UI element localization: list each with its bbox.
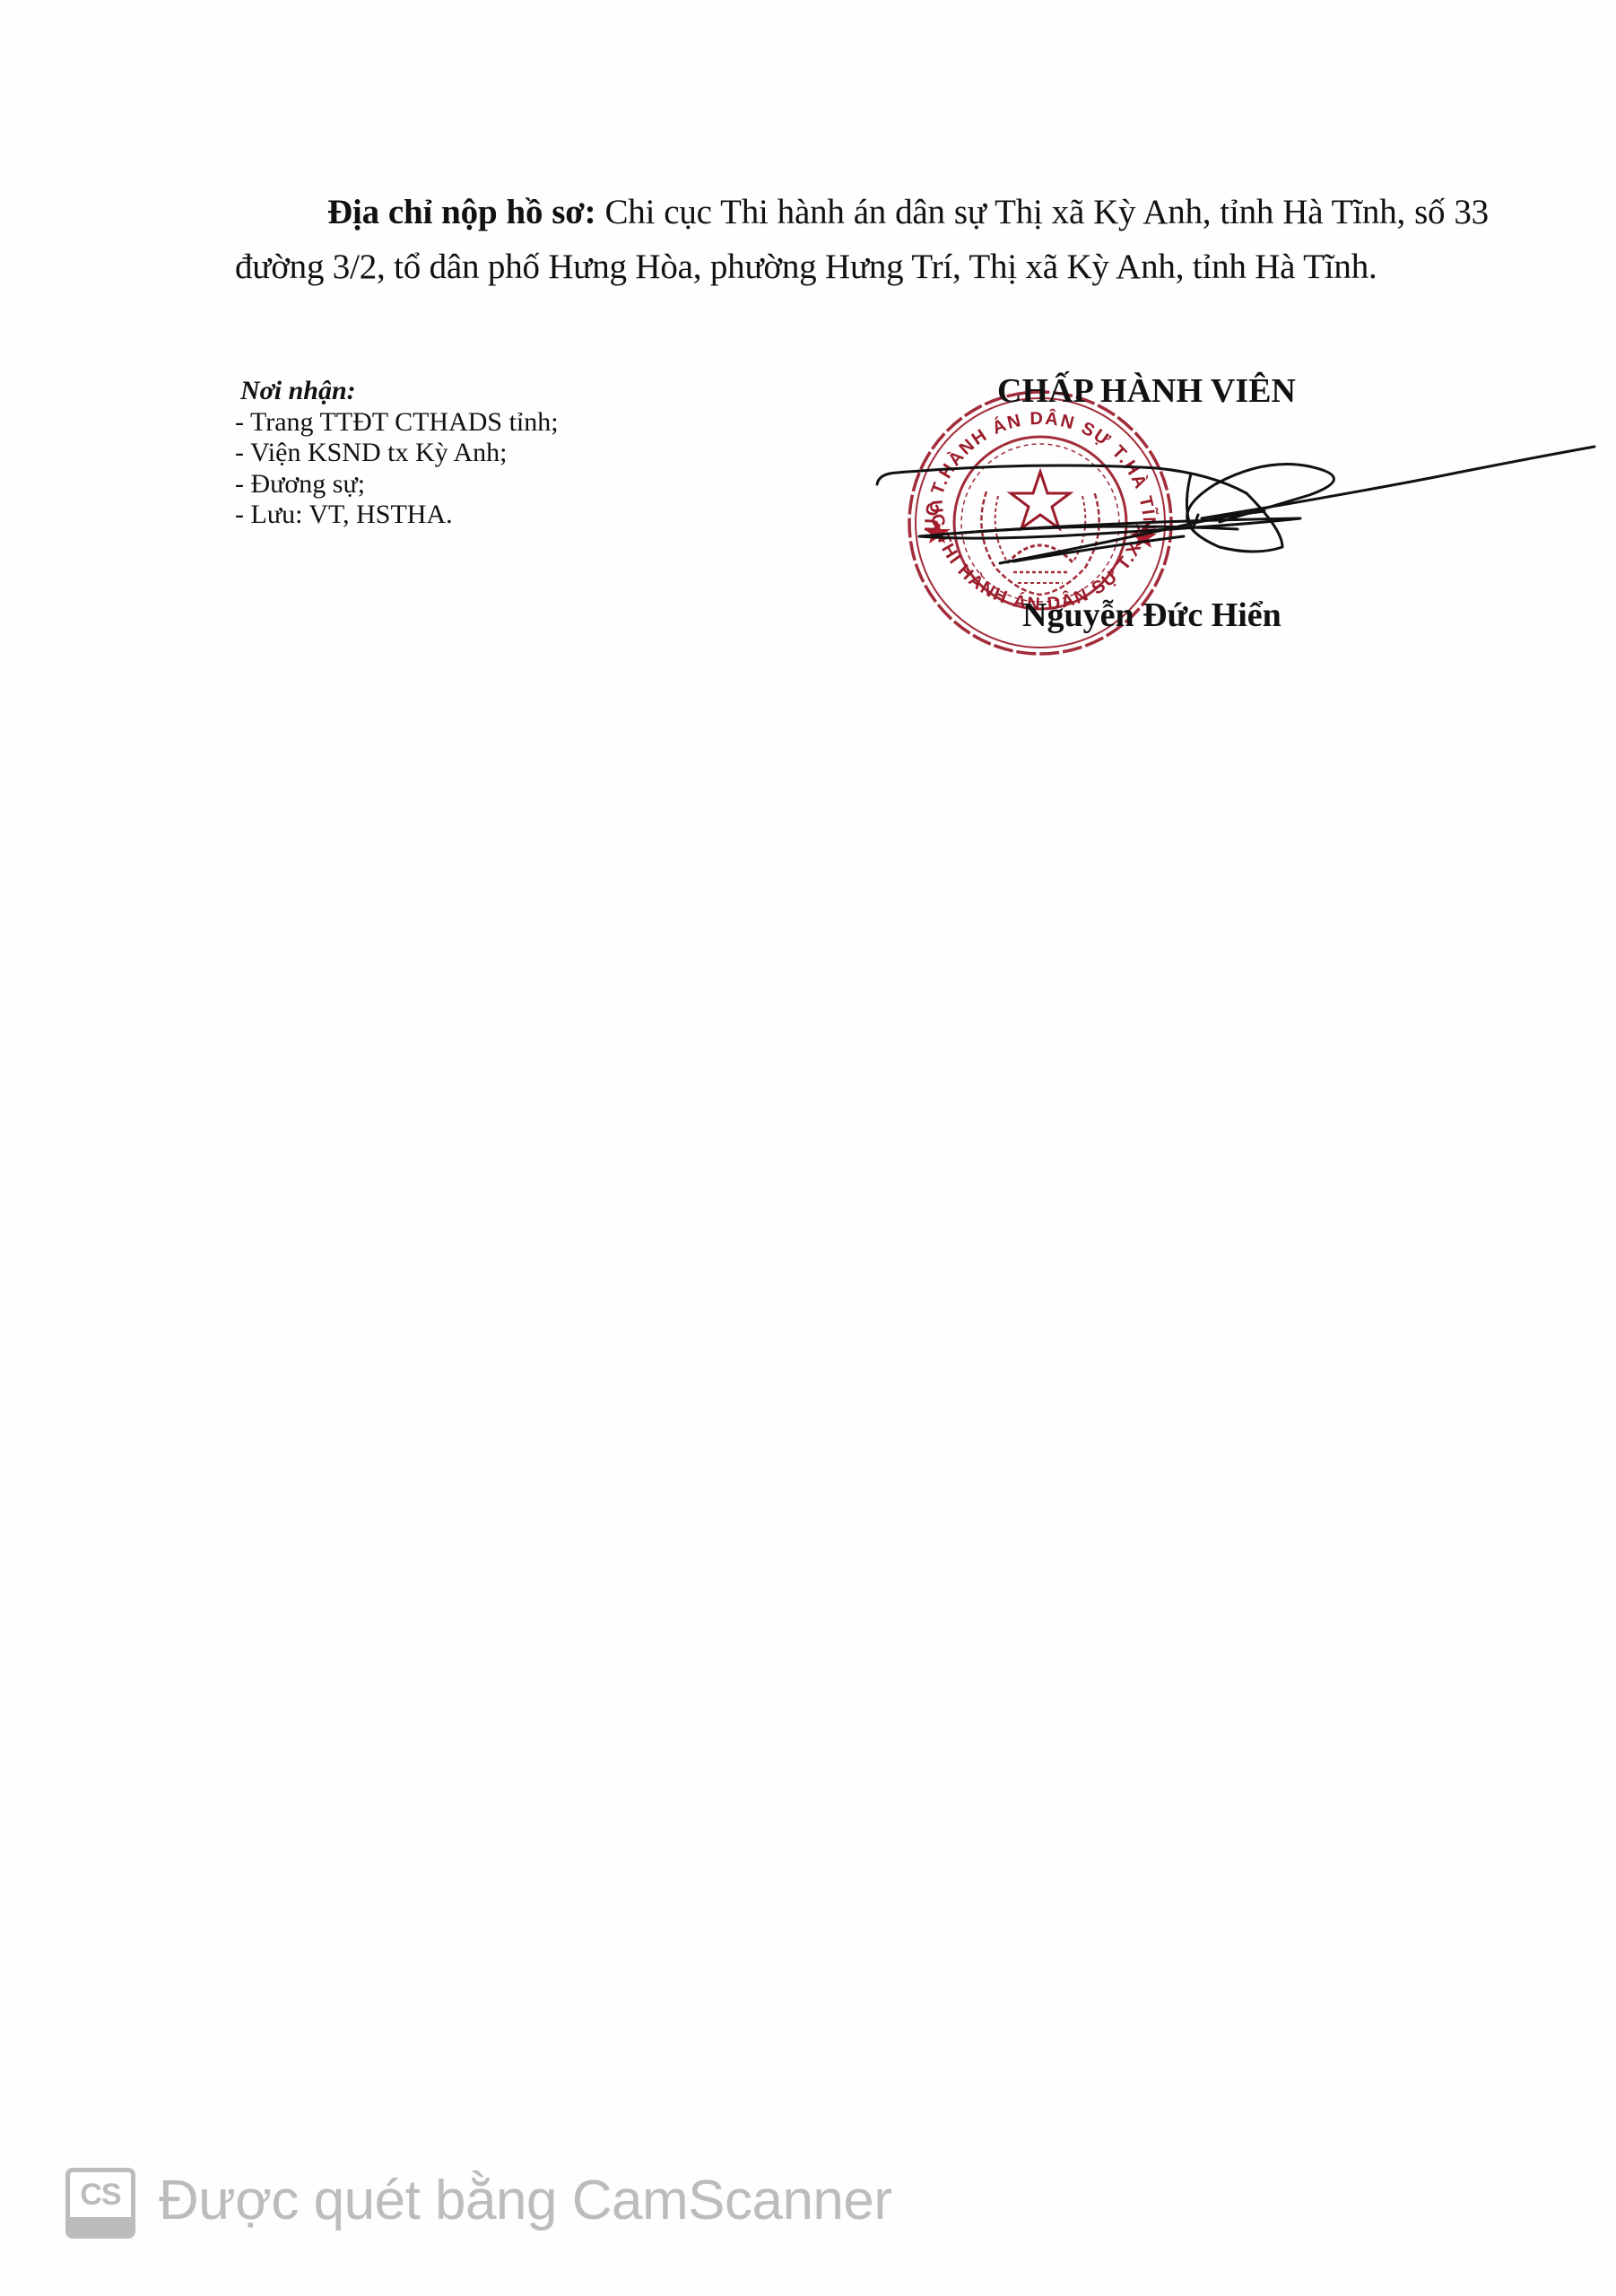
recipients-block: Nơi nhận: - Trang TTĐT CTHADS tỉnh; - Vi… <box>235 376 559 531</box>
document-page: Địa chỉ nộp hồ sơ: Chi cục Thi hành án d… <box>0 0 1616 2296</box>
signer-name: Nguyễn Đức Hiển <box>1022 596 1282 635</box>
recipient-item: - Trang TTĐT CTHADS tỉnh; <box>235 407 559 439</box>
handwritten-signature-icon <box>861 422 1616 583</box>
camscanner-logo-icon: CS <box>65 2168 135 2239</box>
watermark-text: Được quét bằng CamScanner <box>159 2173 892 2229</box>
signer-title: CHẤP HÀNH VIÊN <box>997 371 1296 411</box>
recipients-title: Nơi nhận: <box>235 376 559 407</box>
recipient-item: - Lưu: VT, HSTHA. <box>235 500 559 531</box>
recipient-item: - Đương sự; <box>235 469 559 500</box>
recipient-item: - Viện KSND tx Kỳ Anh; <box>235 438 559 469</box>
address-paragraph: Địa chỉ nộp hồ sơ: Chi cục Thi hành án d… <box>235 186 1489 294</box>
camscanner-watermark: CS Được quét bằng CamScanner <box>65 2167 892 2239</box>
address-label: Địa chỉ nộp hồ sơ: <box>327 193 595 231</box>
